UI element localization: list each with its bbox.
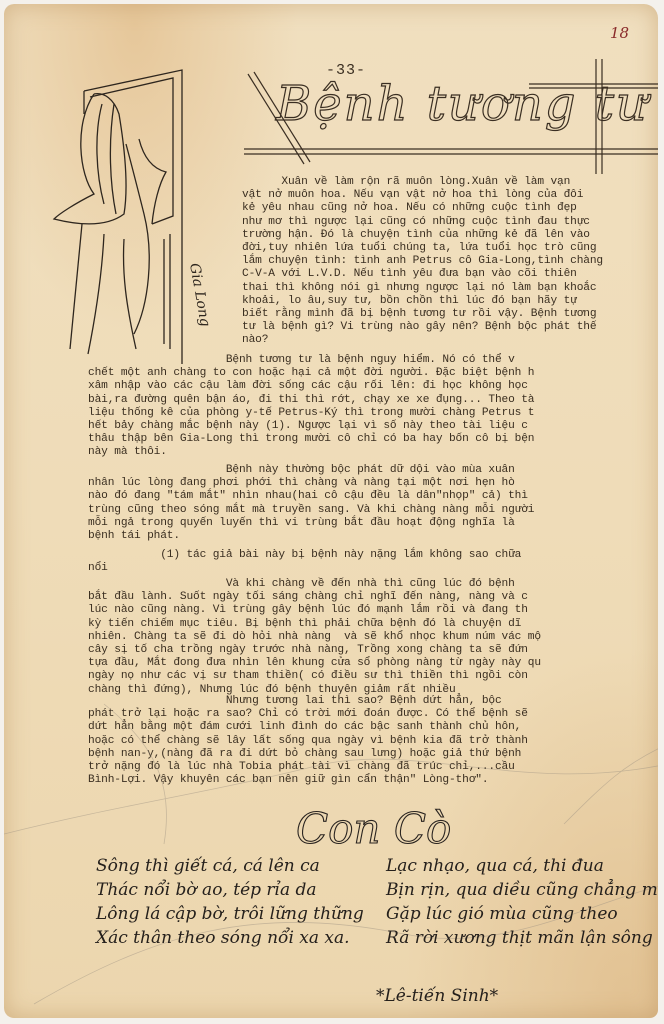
poem-right-column: Lạc nhạo, qua cá, thi đua Bịn rịn, qua d… <box>386 854 658 950</box>
article-footnote: (1) tác giả bài này bị bệnh này nặng lắm… <box>88 549 521 575</box>
poem-author: *Lê-tiến Sinh* <box>376 986 498 1006</box>
artist-signature: Gia Long <box>186 262 213 328</box>
article-paragraph-4: Và khi chàng về đến nhà thì cũng lúc đó … <box>88 578 541 697</box>
woman-at-window-illustration: Gia Long <box>44 64 244 364</box>
article-paragraph-3: Bệnh này thường bộc phát dữ dội vào mùa … <box>88 464 534 543</box>
article-title: Bệnh tương tư <box>276 76 649 132</box>
page-number: 18 <box>610 24 629 42</box>
article-paragraph-2: Bệnh tương tư là bệnh nguy hiểm. Nó có t… <box>88 354 534 460</box>
article-paragraph-1: Xuân về làm rộn rã muôn lòng.Xuân về làm… <box>242 176 603 348</box>
article-paragraph-5: Nhưng tương lai thì sao? Bệnh dứt hẳn, b… <box>88 695 528 787</box>
poem-left-column: Sông thì giết cá, cá lên ca Thác nổi bờ … <box>96 854 364 950</box>
poem-title: Con Cò <box>296 804 451 853</box>
document-page: 18 -33- Gia Long Bệnh tương tư <box>4 4 658 1018</box>
